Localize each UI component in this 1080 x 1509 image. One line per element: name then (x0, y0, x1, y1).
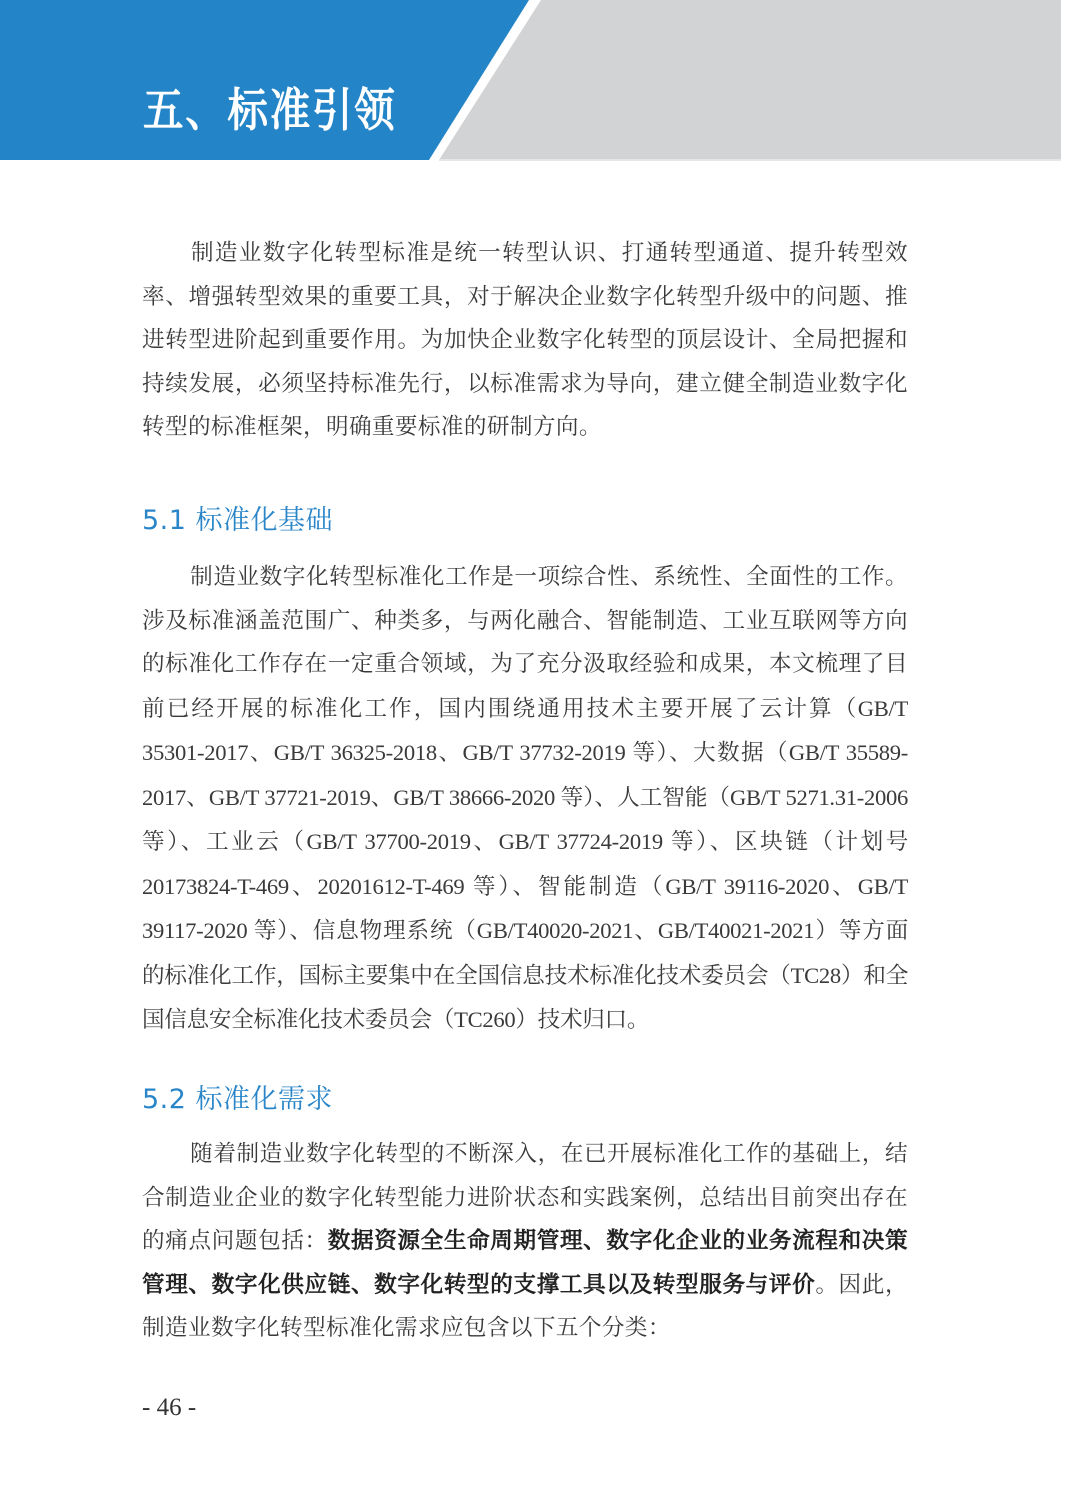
section-5-1-body: 制造业数字化转型标准化工作是一项综合性、系统性、全面性的工作。涉及标准涵盖范围广… (142, 556, 908, 1043)
section-title-5-2: 5.2 标准化需求 (142, 1077, 333, 1116)
page-number: - 46 - (142, 1394, 196, 1422)
section-5-1-paragraph: 制造业数字化转型标准化工作是一项综合性、系统性、全面性的工作。涉及标准涵盖范围广… (142, 556, 908, 1043)
section-title-5-1: 5.1 标准化基础 (142, 498, 333, 537)
section-5-2-paragraph: 随着制造业数字化转型的不断深入，在已开展标准化工作的基础上，结合制造业企业的数字… (142, 1133, 908, 1351)
section-5-1-text-part1: 制造业数字化转型标准化工作是一项综合性、系统性、全面性的工作。涉及标准涵盖范围广… (142, 564, 908, 722)
intro-paragraph: 制造业数字化转型标准是统一转型认识、打通转型通道、提升转型效率、增强转型效果的重… (142, 232, 908, 450)
chapter-header-banner: 五、标准引领 (0, 0, 1080, 162)
gray-band-edge (439, 159, 1061, 161)
intro-text: 制造业数字化转型标准是统一转型认识、打通转型通道、提升转型效率、增强转型效果的重… (142, 240, 908, 440)
section-5-1-standards-list: （GB/T 35301-2017、GB/T 36325-2018、GB/T 37… (142, 696, 908, 1033)
intro-paragraph-block: 制造业数字化转型标准是统一转型认识、打通转型通道、提升转型效率、增强转型效果的重… (142, 232, 908, 450)
gray-band (439, 0, 1061, 160)
section-5-2-body: 随着制造业数字化转型的不断深入，在已开展标准化工作的基础上，结合制造业企业的数字… (142, 1133, 908, 1351)
chapter-title: 五、标准引领 (143, 78, 396, 142)
